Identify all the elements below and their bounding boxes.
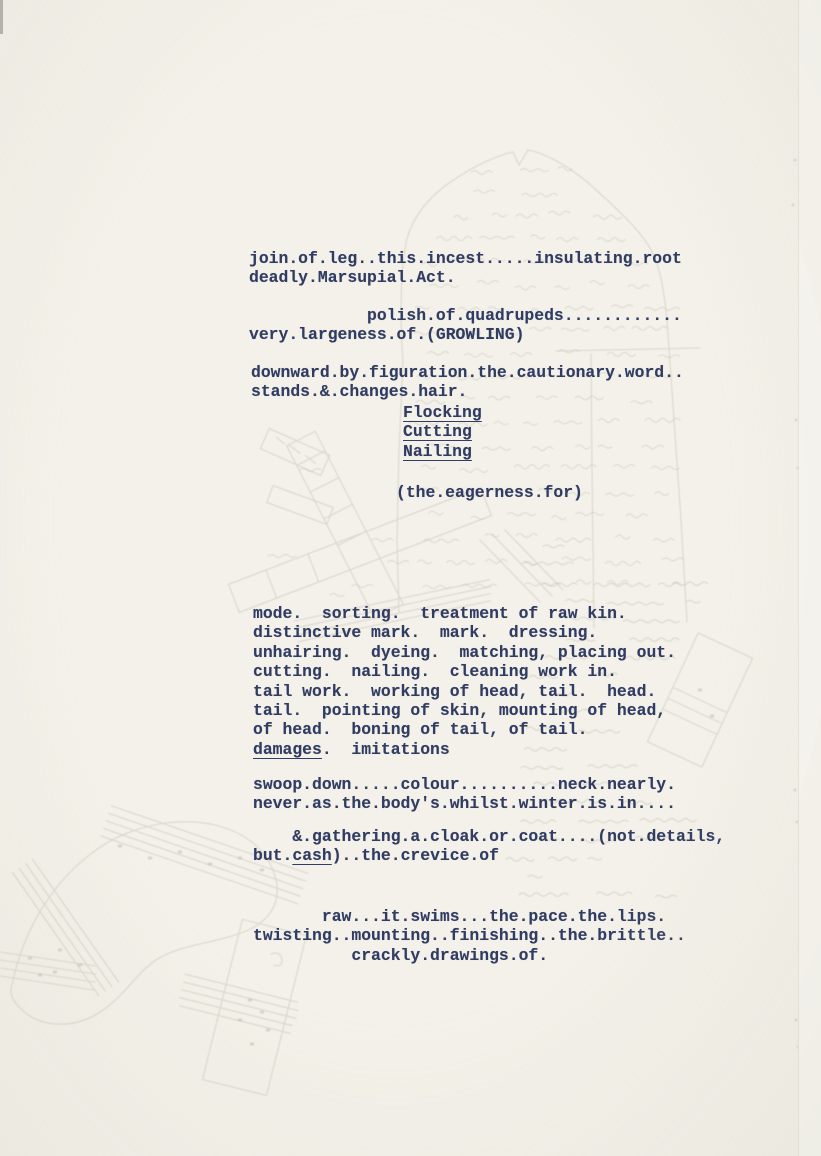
text-line: raw...it.swims...the.pace.the.lips. bbox=[253, 907, 686, 926]
text-segment: raw...it.swims...the.pace.the.lips. bbox=[253, 907, 666, 926]
underlined-word-list: FlockingCuttingNailing bbox=[403, 403, 482, 461]
text-line: stands.&.changes.hair. bbox=[251, 382, 684, 401]
text-segment: stands.&.changes.hair. bbox=[251, 382, 467, 401]
text-segment: tail. pointing of skin, mounting of head… bbox=[253, 701, 666, 720]
text-segment: of head. boning of tail, of tail. bbox=[253, 720, 587, 739]
text-line: twisting..mounting..finishing..the.britt… bbox=[253, 926, 686, 945]
underlined-word: Cutting bbox=[403, 422, 472, 441]
text-line: tail. pointing of skin, mounting of head… bbox=[253, 701, 676, 720]
text-segment: mode. sorting. treatment of raw kin. bbox=[253, 604, 627, 623]
text-segment: never.as.the.body's.whilst.winter.is.in.… bbox=[253, 794, 676, 813]
text-segment: downward.by.figuration.the.cautionary.wo… bbox=[251, 363, 684, 382]
text-line: Flocking bbox=[403, 403, 482, 422]
text-line: join.of.leg..this.incest.....insulating.… bbox=[249, 249, 682, 268]
text-segment: very.largeness.of.(GROWLING) bbox=[249, 325, 524, 344]
text-segment: swoop.down.....colour..........neck.near… bbox=[253, 775, 676, 794]
text-line: polish.of.quadrupeds............ bbox=[249, 306, 682, 325]
text-segment: twisting..mounting..finishing..the.britt… bbox=[253, 926, 686, 945]
scanned-page: join.of.leg..this.incest.....insulating.… bbox=[0, 0, 821, 1156]
text-segment: but. bbox=[253, 846, 292, 865]
text-segment: join.of.leg..this.incest.....insulating.… bbox=[249, 249, 682, 268]
text-segment: unhairing. dyeing. matching, placing out… bbox=[253, 643, 676, 662]
text-line: deadly.Marsupial.Act. bbox=[249, 268, 682, 287]
verse-block-4: swoop.down.....colour..........neck.near… bbox=[253, 775, 676, 814]
text-line: but.cash)..the.crevice.of bbox=[253, 846, 725, 865]
text-line: mode. sorting. treatment of raw kin. bbox=[253, 604, 676, 623]
text-line: downward.by.figuration.the.cautionary.wo… bbox=[251, 363, 684, 382]
verse-block-2: polish.of.quadrupeds............very.lar… bbox=[249, 306, 682, 345]
text-segment: crackly.drawings.of. bbox=[253, 946, 548, 965]
text-line: Nailing bbox=[403, 442, 482, 461]
text-segment: &.gathering.a.cloak.or.coat....(not.deta… bbox=[253, 827, 725, 846]
text-line: unhairing. dyeing. matching, placing out… bbox=[253, 643, 676, 662]
underlined-word: damages bbox=[253, 740, 322, 759]
text-line: distinctive mark. mark. dressing. bbox=[253, 623, 676, 642]
text-segment: tail work. working of head, tail. head. bbox=[253, 682, 656, 701]
underlined-word: Nailing bbox=[403, 442, 472, 461]
text-segment: distinctive mark. mark. dressing. bbox=[253, 623, 597, 642]
verse-block-3: downward.by.figuration.the.cautionary.wo… bbox=[251, 363, 684, 402]
text-line: (the.eagerness.for) bbox=[396, 483, 583, 502]
text-line: cutting. nailing. cleaning work in. bbox=[253, 662, 676, 681]
process-list: mode. sorting. treatment of raw kin.dist… bbox=[253, 604, 676, 759]
scan-corner-artifact bbox=[0, 0, 3, 34]
verse-block-6: raw...it.swims...the.pace.the.lips.twist… bbox=[253, 907, 686, 965]
underlined-word: Flocking bbox=[403, 403, 482, 422]
text-line: damages. imitations bbox=[253, 740, 676, 759]
text-line: &.gathering.a.cloak.or.coat....(not.deta… bbox=[253, 827, 725, 846]
text-line: Cutting bbox=[403, 422, 482, 441]
text-line: swoop.down.....colour..........neck.near… bbox=[253, 775, 676, 794]
scan-edge-strip bbox=[798, 0, 821, 1156]
text-segment: . imitations bbox=[322, 740, 450, 759]
text-line: very.largeness.of.(GROWLING) bbox=[249, 325, 682, 344]
text-segment: polish.of.quadrupeds............ bbox=[249, 306, 682, 325]
parenthetical-line: (the.eagerness.for) bbox=[396, 483, 583, 502]
text-line: tail work. working of head, tail. head. bbox=[253, 682, 676, 701]
text-line: of head. boning of tail, of tail. bbox=[253, 720, 676, 739]
text-segment: cutting. nailing. cleaning work in. bbox=[253, 662, 617, 681]
text-segment: )..the.crevice.of bbox=[332, 846, 499, 865]
text-line: never.as.the.body's.whilst.winter.is.in.… bbox=[253, 794, 676, 813]
verse-block-5: &.gathering.a.cloak.or.coat....(not.deta… bbox=[253, 827, 725, 866]
text-segment: (the.eagerness.for) bbox=[396, 483, 583, 502]
typed-text-layer: join.of.leg..this.incest.....insulating.… bbox=[0, 0, 821, 1156]
underlined-word: cash bbox=[292, 846, 331, 865]
text-segment: deadly.Marsupial.Act. bbox=[249, 268, 456, 287]
verse-block-1: join.of.leg..this.incest.....insulating.… bbox=[249, 249, 682, 288]
text-line: crackly.drawings.of. bbox=[253, 946, 686, 965]
